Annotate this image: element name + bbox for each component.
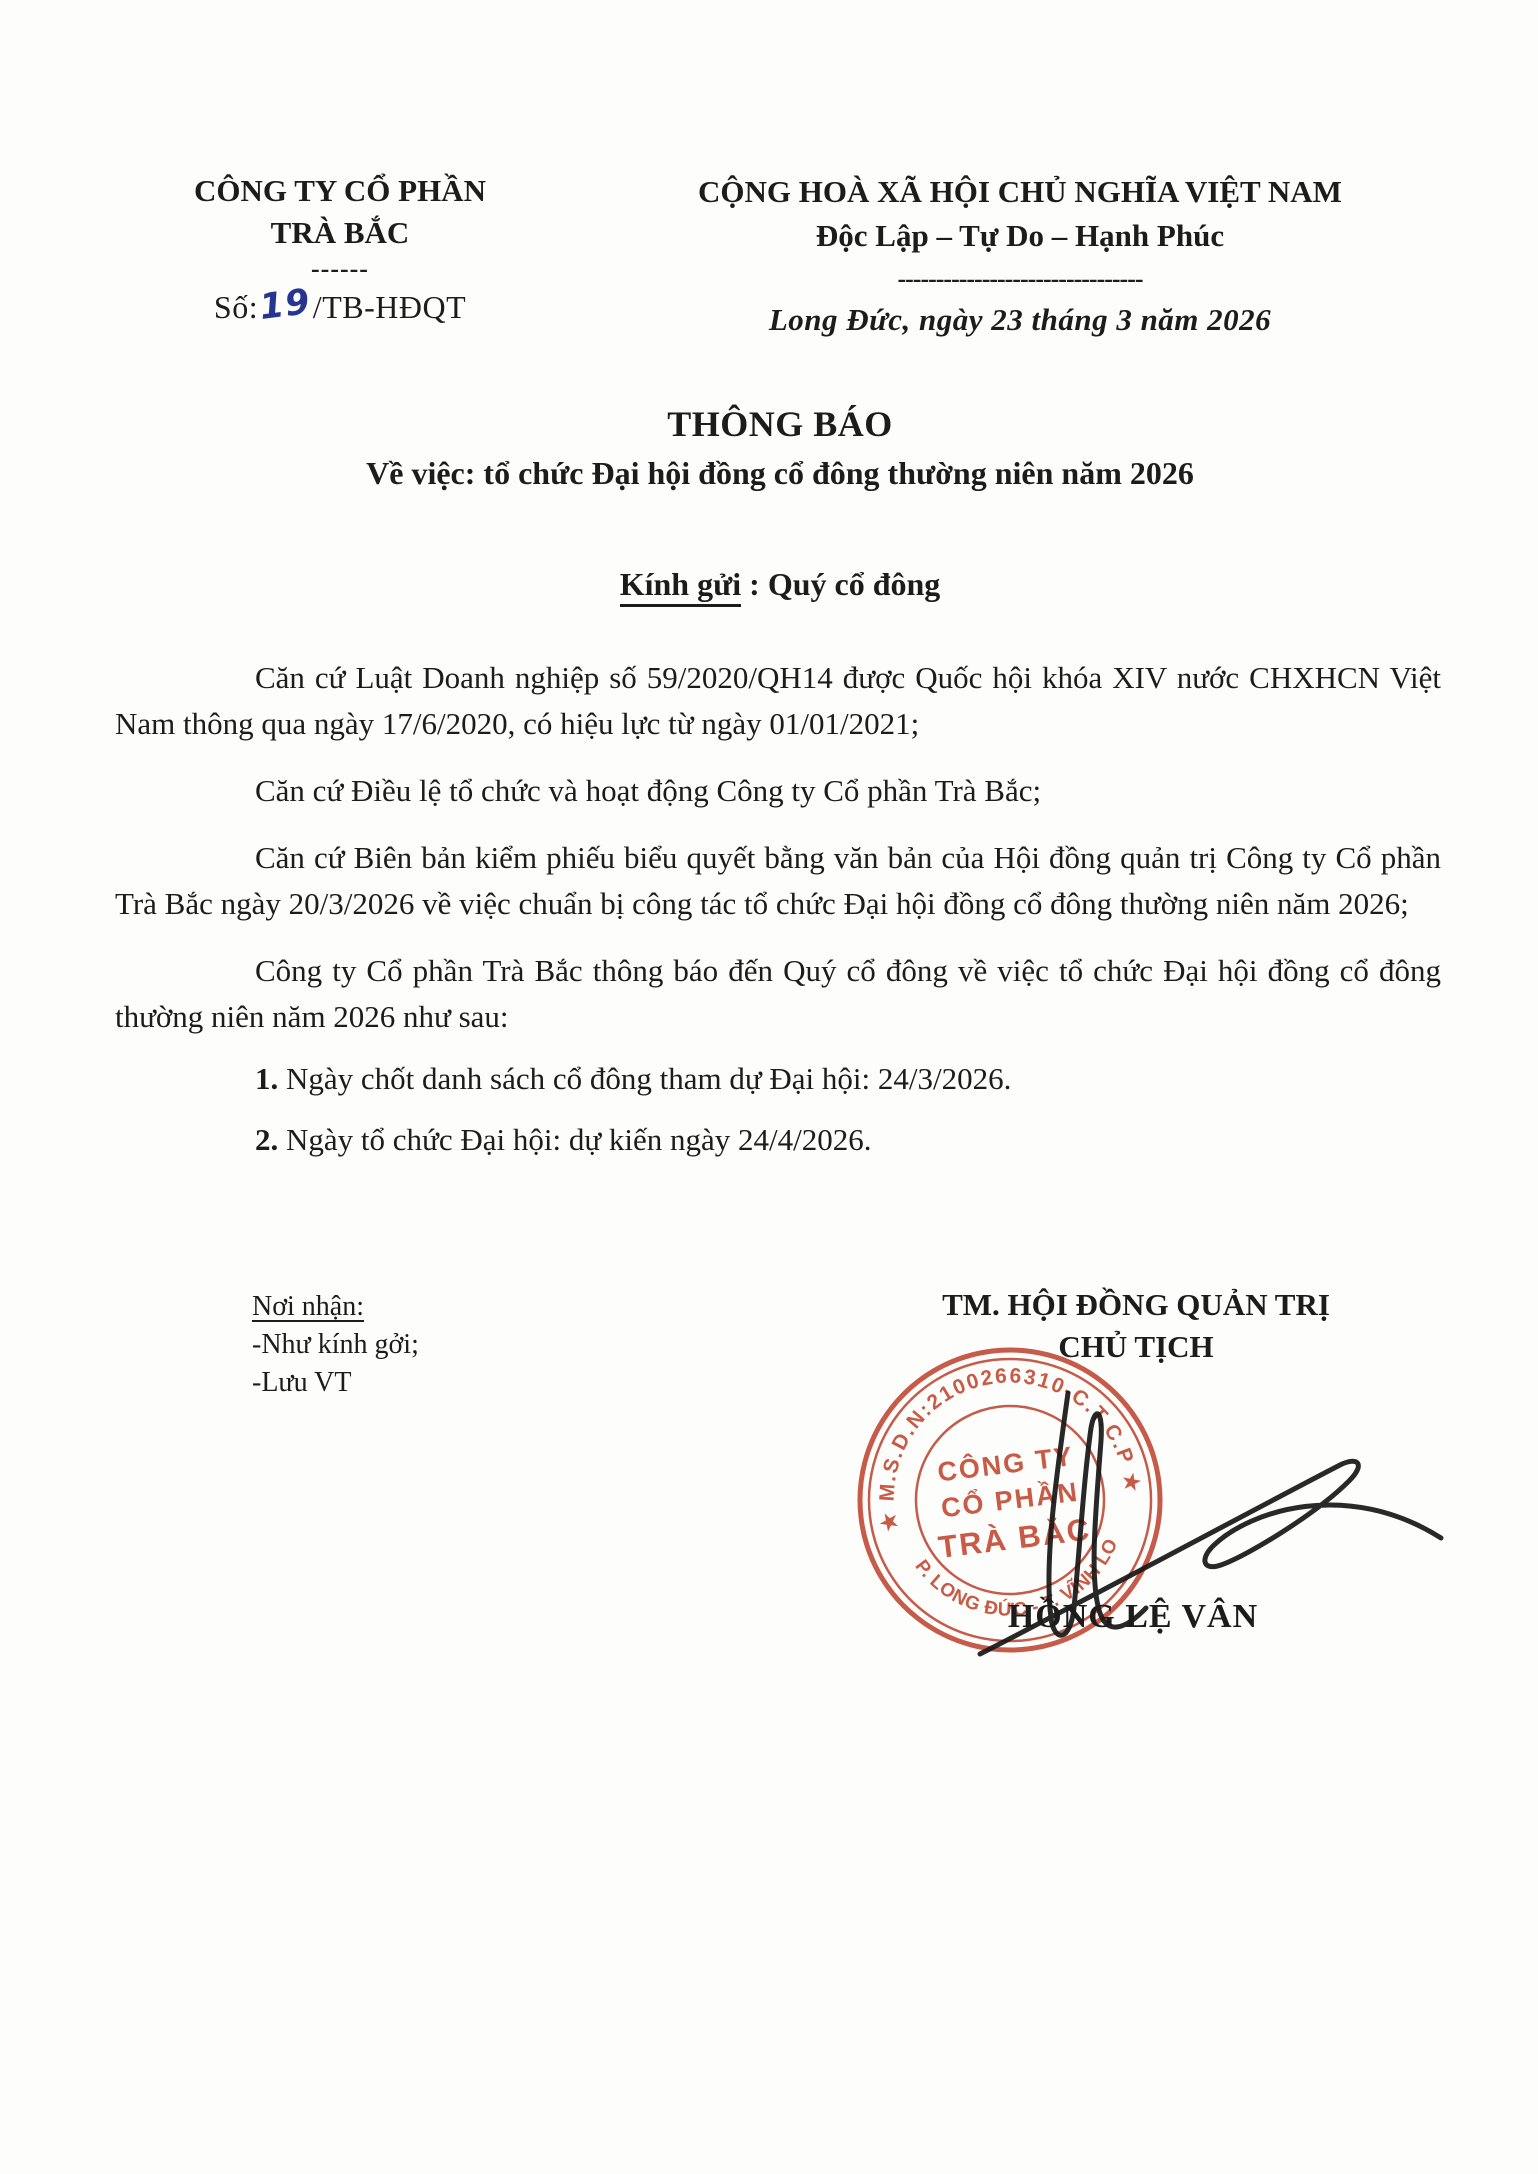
body-text: Căn cứ Luật Doanh nghiệp số 59/2020/QH14… [115,655,1441,1178]
document-title: THÔNG BÁO [115,402,1445,446]
paragraph-legal-basis-3: Căn cứ Biên bản kiểm phiếu biểu quyết bằ… [115,835,1441,927]
salutation-recipient: Quý cổ đông [768,566,940,602]
document-page: CÔNG TY CỔ PHẦN TRÀ BẮC ------ Số:19/TB-… [0,0,1538,2174]
republic-title: CỘNG HOÀ XÃ HỘI CHỦ NGHĨA VIỆT NAM [610,170,1430,214]
salutation: Kính gửi:Quý cổ đông [115,566,1445,603]
document-number-suffix: /TB-HĐQT [313,289,466,325]
salutation-label: Kính gửi [620,566,741,607]
list-item-meeting-date: 2. Ngày tổ chức Đại hội: dự kiến ngày 24… [255,1117,1441,1163]
recipients-line1: -Như kính gởi; [252,1326,419,1364]
document-number-handwritten: 19 [255,281,314,329]
company-name-line2: TRÀ BẮC [118,212,562,254]
paragraph-legal-basis-1: Căn cứ Luật Doanh nghiệp số 59/2020/QH14… [115,655,1441,747]
signer-name: HỒNG LỆ VÂN [858,1598,1408,1636]
signoff-org: TM. HỘI ĐỒNG QUẢN TRỊ [858,1284,1414,1326]
recipients-label: Nơi nhận: [252,1288,419,1326]
document-subtitle: Về việc: tổ chức Đại hội đồng cổ đông th… [115,450,1445,496]
paragraph-legal-basis-2: Căn cứ Điều lệ tổ chức và hoạt động Công… [115,768,1441,814]
motto-divider: -------------------------------- [610,266,1430,292]
company-divider: ------ [118,254,562,284]
list-item-text: Ngày chốt danh sách cổ đông tham dự Đại … [286,1061,1011,1096]
title-block: THÔNG BÁO Về việc: tổ chức Đại hội đồng … [115,402,1445,496]
company-name-line1: CÔNG TY CỔ PHẦN [118,170,562,212]
header-company-block: CÔNG TY CỔ PHẦN TRÀ BẮC ------ Số:19/TB-… [118,170,562,328]
salutation-colon: : [741,566,768,602]
document-number-prefix: Số: [214,289,258,325]
place-dateline: Long Đức, ngày 23 tháng 3 năm 2026 [610,298,1430,342]
header-national-block: CỘNG HOÀ XÃ HỘI CHỦ NGHĨA VIỆT NAM Độc L… [610,170,1430,342]
recipients-line2: -Lưu VT [252,1364,419,1402]
document-number: Số:19/TB-HĐQT [118,286,562,328]
list-item-text: Ngày tổ chức Đại hội: dự kiến ngày 24/4/… [286,1122,871,1157]
list-item-number: 2. [255,1122,278,1157]
paragraph-announcement: Công ty Cổ phần Trà Bắc thông báo đến Qu… [115,948,1441,1040]
recipients-block: Nơi nhận: -Như kính gởi; -Lưu VT [252,1288,419,1402]
list-item-record-date: 1. Ngày chốt danh sách cổ đông tham dự Đ… [255,1056,1441,1102]
list-item-number: 1. [255,1061,278,1096]
national-motto: Độc Lập – Tự Do – Hạnh Phúc [610,214,1430,258]
